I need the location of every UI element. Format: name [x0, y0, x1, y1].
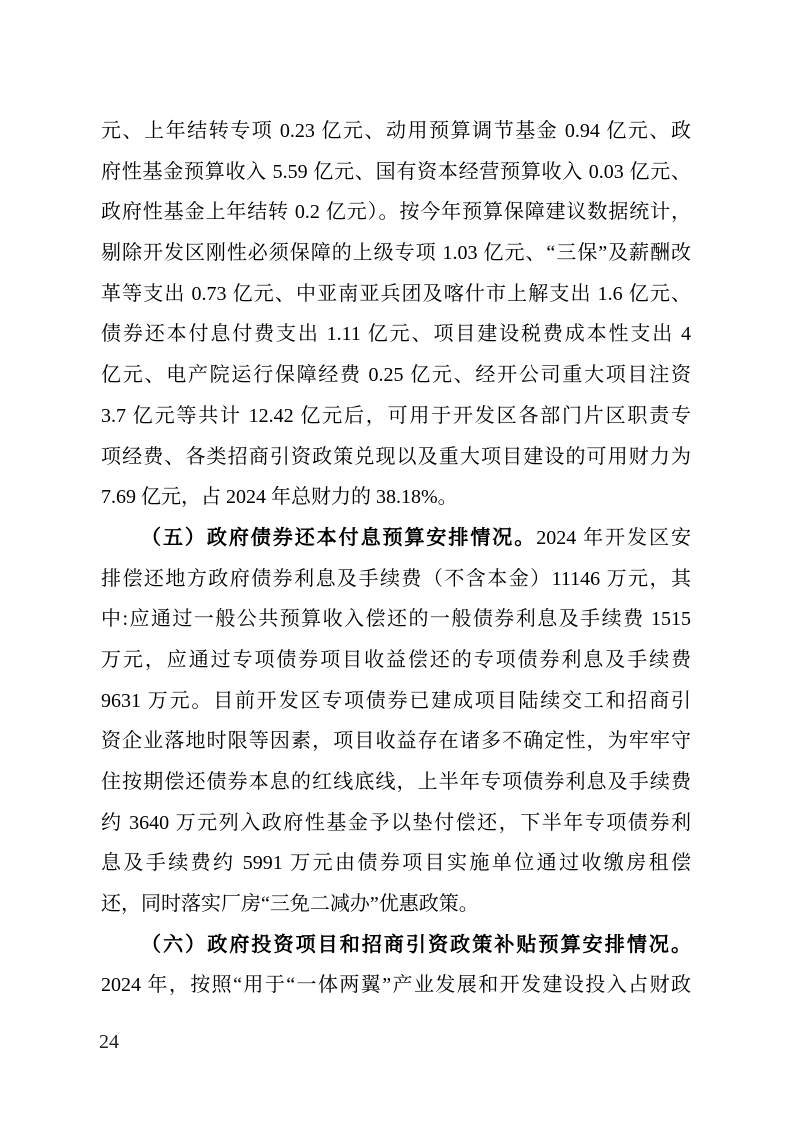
text-line: 还，同时落实厂房“三免二减办”优惠政策。: [101, 884, 691, 925]
text-run: 万元，应通过专项债券项目收益偿还的专项债券利息及手续费: [101, 649, 691, 671]
text-run: 府性基金预算收入 5.59 亿元、国有资本经营预算收入 0.03 亿元、: [101, 161, 691, 183]
text-line: 项经费、各类招商引资政策兑现以及重大项目建设的可用财力为: [101, 437, 691, 478]
text-run: 约 3640 万元列入政府性基金予以垫付偿还，下半年专项债券利: [101, 812, 691, 834]
text-run: 革等支出 0.73 亿元、中亚南亚兵团及喀什市上解支出 1.6 亿元、: [101, 283, 691, 305]
text-line: 3.7 亿元等共计 12.42 亿元后，可用于开发区各部门片区职责专: [101, 396, 691, 437]
text-line: 中:应通过一般公共预算收入偿还的一般债券利息及手续费 1515: [101, 599, 691, 640]
text-line: 资企业落地时限等因素，项目收益存在诸多不确定性，为牢牢守: [101, 721, 691, 762]
text-run: 还，同时落实厂房“三免二减办”优惠政策。: [101, 893, 479, 915]
text-line: 剔除开发区刚性必须保障的上级专项 1.03 亿元、“三保”及薪酬改: [101, 233, 691, 274]
document-page: 元、上年结转专项 0.23 亿元、动用预算调节基金 0.94 亿元、政府性基金预…: [0, 0, 793, 1122]
text-line: 政府性基金上年结转 0.2 亿元）。按今年预算保障建议数据统计，: [101, 192, 691, 233]
text-line: 亿元、电产院运行保障经费 0.25 亿元、经开公司重大项目注资: [101, 355, 691, 396]
text-line: 府性基金预算收入 5.59 亿元、国有资本经营预算收入 0.03 亿元、: [101, 152, 691, 193]
heading-run: （五）政府债券还本付息预算安排情况。: [141, 527, 536, 549]
text-line: 9631 万元。目前开发区专项债券已建成项目陆续交工和招商引: [101, 681, 691, 722]
text-run: 元、上年结转专项 0.23 亿元、动用预算调节基金 0.94 亿元、政: [101, 120, 691, 142]
text-line: 7.69 亿元，占 2024 年总财力的 38.18%。: [101, 477, 691, 518]
text-run: 3.7 亿元等共计 12.42 亿元后，可用于开发区各部门片区职责专: [101, 405, 691, 427]
text-line: （六）政府投资项目和招商引资政策补贴预算安排情况。: [101, 925, 691, 966]
body-text-block: 元、上年结转专项 0.23 亿元、动用预算调节基金 0.94 亿元、政府性基金预…: [101, 111, 691, 1006]
page-number: 24: [99, 1030, 119, 1054]
text-run: 住按期偿还债券本息的红线底线，上半年专项债券利息及手续费: [101, 771, 691, 793]
text-line: 万元，应通过专项债券项目收益偿还的专项债券利息及手续费: [101, 640, 691, 681]
text-run: 息及手续费约 5991 万元由债券项目实施单位通过收缴房租偿: [101, 852, 691, 874]
text-line: 排偿还地方政府债券利息及手续费（不含本金）11146 万元，其: [101, 559, 691, 600]
text-run: 中:应通过一般公共预算收入偿还的一般债券利息及手续费 1515: [101, 608, 691, 630]
text-line: 债券还本付息付费支出 1.11 亿元、项目建设税费成本性支出 4: [101, 314, 691, 355]
text-line: 元、上年结转专项 0.23 亿元、动用预算调节基金 0.94 亿元、政: [101, 111, 691, 152]
text-run: 亿元、电产院运行保障经费 0.25 亿元、经开公司重大项目注资: [101, 364, 691, 386]
text-run: 资企业落地时限等因素，项目收益存在诸多不确定性，为牢牢守: [101, 730, 691, 752]
text-line: 息及手续费约 5991 万元由债券项目实施单位通过收缴房租偿: [101, 843, 691, 884]
text-run: 9631 万元。目前开发区专项债券已建成项目陆续交工和招商引: [101, 690, 691, 712]
text-run: 剔除开发区刚性必须保障的上级专项 1.03 亿元、“三保”及薪酬改: [101, 242, 691, 264]
text-run: 7.69 亿元，占 2024 年总财力的 38.18%。: [101, 486, 458, 508]
text-run: 2024 年开发区安: [536, 527, 691, 549]
text-run: 项经费、各类招商引资政策兑现以及重大项目建设的可用财力为: [101, 446, 691, 468]
text-line: 住按期偿还债券本息的红线底线，上半年专项债券利息及手续费: [101, 762, 691, 803]
text-run: 债券还本付息付费支出 1.11 亿元、项目建设税费成本性支出 4: [101, 323, 691, 345]
text-line: 革等支出 0.73 亿元、中亚南亚兵团及喀什市上解支出 1.6 亿元、: [101, 274, 691, 315]
text-run: 排偿还地方政府债券利息及手续费（不含本金）11146 万元，其: [101, 568, 691, 590]
text-run: 2024 年，按照“用于“一体两翼”产业发展和开发建设投入占财政: [101, 974, 691, 996]
text-run: 政府性基金上年结转 0.2 亿元）。按今年预算保障建议数据统计，: [101, 201, 691, 223]
text-line: 约 3640 万元列入政府性基金予以垫付偿还，下半年专项债券利: [101, 803, 691, 844]
text-line: （五）政府债券还本付息预算安排情况。2024 年开发区安: [101, 518, 691, 559]
heading-run: （六）政府投资项目和招商引资政策补贴预算安排情况。: [141, 934, 691, 956]
text-line: 2024 年，按照“用于“一体两翼”产业发展和开发建设投入占财政: [101, 965, 691, 1006]
